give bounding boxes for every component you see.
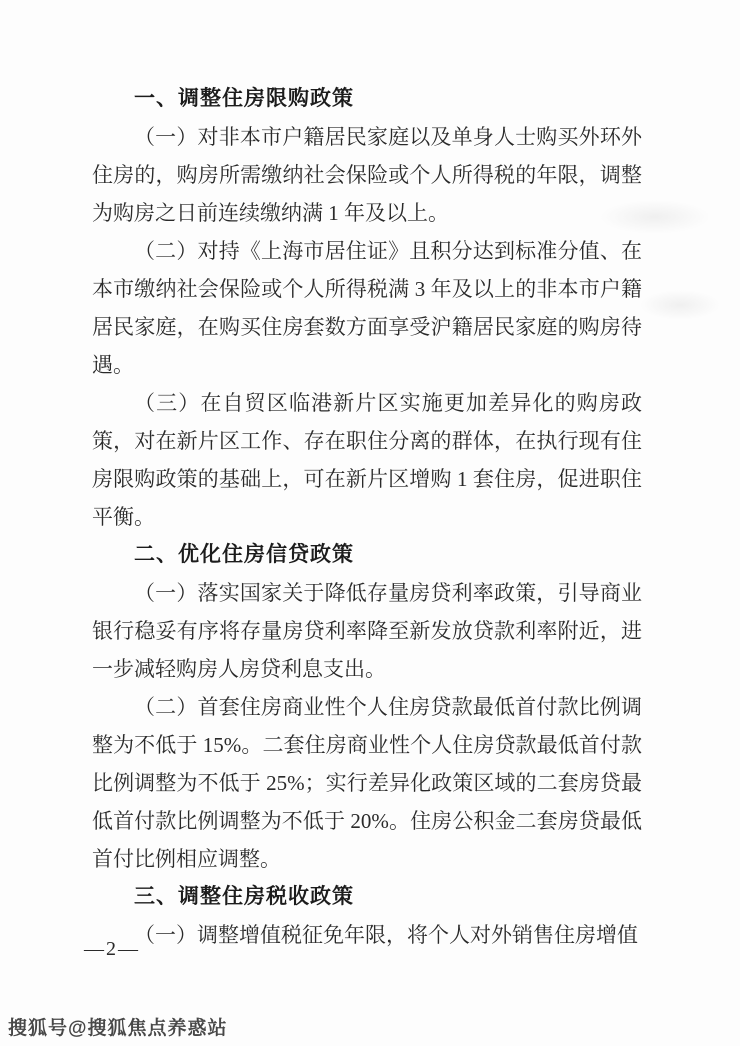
scan-smudge	[640, 290, 720, 320]
paragraph-restrictions-2: （二）对持《上海市居住证》且积分达到标准分值、在本市缴纳社会保险或个人所得税满 …	[92, 232, 642, 384]
page-number: —2—	[84, 938, 140, 961]
paragraph-restrictions-3: （三）在自贸区临港新片区实施更加差异化的购房政策，对在新片区工作、存在职住分离的…	[92, 384, 642, 536]
paragraph-restrictions-1: （一）对非本市户籍居民家庭以及单身人士购买外环外住房的，购房所需缴纳社会保险或个…	[92, 118, 642, 232]
paragraph-credit-2: （二）首套住房商业性个人住房贷款最低首付款比例调整为不低于 15%。二套住房商业…	[92, 688, 642, 878]
paragraph-tax-1: （一）调整增值税征免年限，将个人对外销售住房增值	[92, 916, 642, 954]
watermark-sohu-account: 搜狐号@搜狐焦点养惑站	[8, 1013, 228, 1040]
section-heading-credit-policy: 二、优化住房信贷政策	[92, 536, 642, 574]
scanned-document-page: 一、调整住房限购政策 （一）对非本市户籍居民家庭以及单身人士购买外环外住房的，购…	[0, 0, 740, 1046]
section-heading-purchase-restrictions: 一、调整住房限购政策	[92, 80, 642, 118]
paragraph-credit-1: （一）落实国家关于降低存量房贷利率政策，引导商业银行稳妥有序将存量房贷利率降至新…	[92, 574, 642, 688]
section-heading-tax-policy: 三、调整住房税收政策	[92, 878, 642, 916]
document-body: 一、调整住房限购政策 （一）对非本市户籍居民家庭以及单身人士购买外环外住房的，购…	[92, 80, 642, 954]
